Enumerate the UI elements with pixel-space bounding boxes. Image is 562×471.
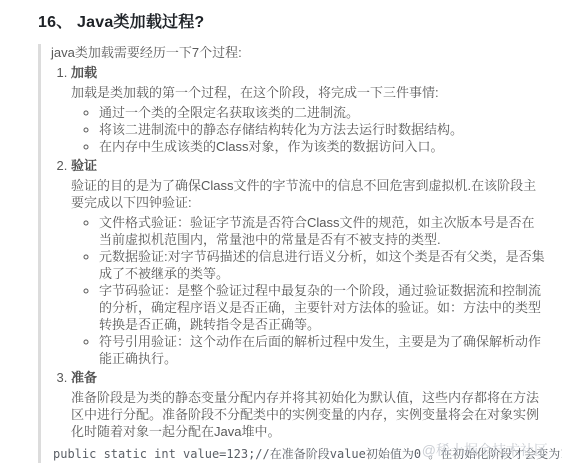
sub-point: 字节码验证：是整个验证过程中最复杂的一个阶段，通过验证数据流和控制流的分析，确定… — [99, 282, 546, 333]
sub-point-list: 文件格式验证：验证字节流是否符合Class文件的规范，如主次版本号是否在当前虚拟… — [71, 214, 546, 367]
sub-point: 文件格式验证：验证字节流是否符合Class文件的规范，如主次版本号是否在当前虚拟… — [99, 214, 546, 248]
step-item-verification: 验证 验证的目的是为了确保Class文件的字节流中的信息不回危害到虚拟机.在该阶… — [71, 157, 546, 367]
article-page: 16、 Java类加载过程? java类加载需要经历一下7个过程: 加载 加载是… — [0, 0, 562, 471]
step-label: 加载 — [71, 65, 97, 80]
sub-point-list: 通过一个类的全限定名获取该类的二进制流。 将该二进制流中的静态存储结构转化为方法… — [71, 104, 546, 155]
step-item-preparation: 准备 准备阶段是为类的静态变量分配内存并将其初始化为默认值，这些内存都将在方法区… — [71, 369, 546, 440]
answer-blockquote: java类加载需要经历一下7个过程: 加载 加载是类加载的第一个过程，在这个阶段… — [38, 44, 546, 463]
sub-point: 符号引用验证：这个动作在后面的解析过程中发生，主要是为了确保解析动作能正确执行。 — [99, 333, 546, 367]
intro-text: java类加载需要经历一下7个过程: — [51, 44, 546, 61]
sub-point: 元数据验证:对字节码描述的信息进行语义分析，如这个类是否有父类，是否集成了不被继… — [99, 248, 546, 282]
step-description: 验证的目的是为了确保Class文件的字节流中的信息不回危害到虚拟机.在该阶段主要… — [71, 177, 546, 211]
code-snippet: public static int value=123;//在准备阶段value… — [51, 446, 546, 463]
sub-point: 将该二进制流中的静态存储结构转化为方法去运行时数据结构。 — [99, 121, 546, 138]
sub-point: 在内存中生成该类的Class对象，作为该类的数据访问入口。 — [99, 138, 546, 155]
steps-list: 加载 加载是类加载的第一个过程，在这个阶段，将完成一下三件事情: 通过一个类的全… — [51, 64, 546, 440]
sub-point: 通过一个类的全限定名获取该类的二进制流。 — [99, 104, 546, 121]
question-title: 16、 Java类加载过程? — [38, 13, 546, 33]
step-description: 准备阶段是为类的静态变量分配内存并将其初始化为默认值，这些内存都将在方法区中进行… — [71, 389, 546, 440]
step-item-loading: 加载 加载是类加载的第一个过程，在这个阶段，将完成一下三件事情: 通过一个类的全… — [71, 64, 546, 155]
step-label: 验证 — [71, 158, 97, 173]
step-description: 加载是类加载的第一个过程，在这个阶段，将完成一下三件事情: — [71, 84, 546, 101]
step-label: 准备 — [71, 370, 97, 385]
